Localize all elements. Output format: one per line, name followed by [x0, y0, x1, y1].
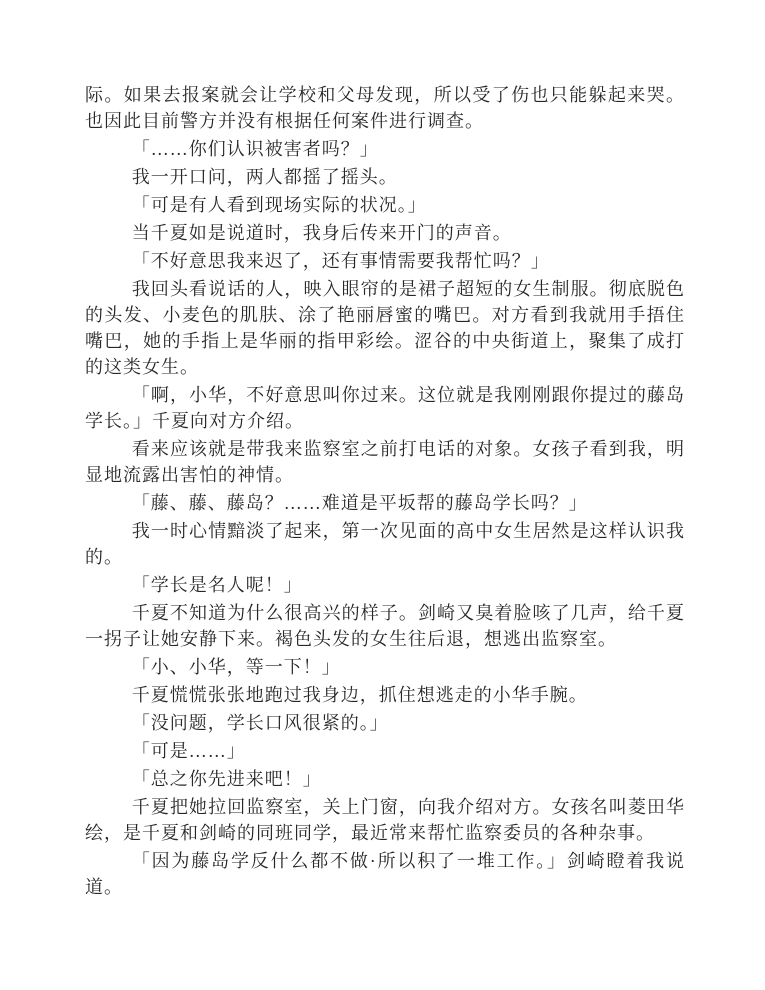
paragraph: 千夏把她拉回监察室，关上门窗，向我介绍对方。女孩名叫菱田华绘，是千夏和剑崎的同班…	[85, 794, 685, 846]
paragraph: 千夏不知道为什么很高兴的样子。剑崎又臭着脸咳了几声，给千夏一拐子让她安静下来。褐…	[85, 600, 685, 652]
paragraph: 「藤、藤、藤岛？……难道是平坂帮的藤岛学长吗？」	[85, 490, 685, 516]
paragraph: 「不好意思我来迟了，还有事情需要我帮忙吗？」	[85, 248, 685, 274]
paragraph: 「可是有人看到现场实际的状况。」	[85, 192, 685, 218]
paragraph: 当千夏如是说道时，我身后传来开门的声音。	[85, 220, 685, 246]
paragraph: 「总之你先进来吧！」	[85, 766, 685, 792]
paragraph: 「学长是名人呢！」	[85, 572, 685, 598]
paragraph: 「……你们认识被害者吗？」	[85, 136, 685, 162]
paragraph: 我回头看说话的人，映入眼帘的是裙子超短的女生制服。彻底脱色的头发、小麦色的肌肤、…	[85, 276, 685, 380]
paragraph: 「因为藤岛学反什么都不做·所以积了一堆工作。」剑崎瞪着我说道。	[85, 848, 685, 900]
paragraph: 「啊，小华，不好意思叫你过来。这位就是我刚刚跟你提过的藤岛学长。」千夏向对方介绍…	[85, 382, 685, 434]
paragraph: 我一时心情黯淡了起来，第一次见面的高中女生居然是这样认识我的。	[85, 518, 685, 570]
paragraph: 看来应该就是带我来监察室之前打电话的对象。女孩子看到我，明显地流露出害怕的神情。	[85, 436, 685, 488]
paragraph: 「没问题，学长口风很紧的。」	[85, 710, 685, 736]
text-column: 际。如果去报案就会让学校和父母发现，所以受了伤也只能躲起来哭。也因此目前警方并没…	[85, 82, 685, 902]
paragraph: 「小、小华，等一下！」	[85, 654, 685, 680]
paragraph: 「可是……」	[85, 738, 685, 764]
paragraph: 我一开口问，两人都摇了摇头。	[85, 164, 685, 190]
paragraph: 千夏慌慌张张地跑过我身边，抓住想逃走的小华手腕。	[85, 682, 685, 708]
paragraph: 际。如果去报案就会让学校和父母发现，所以受了伤也只能躲起来哭。也因此目前警方并没…	[85, 82, 685, 134]
novel-page: 际。如果去报案就会让学校和父母发现，所以受了伤也只能躲起来哭。也因此目前警方并没…	[0, 0, 765, 990]
